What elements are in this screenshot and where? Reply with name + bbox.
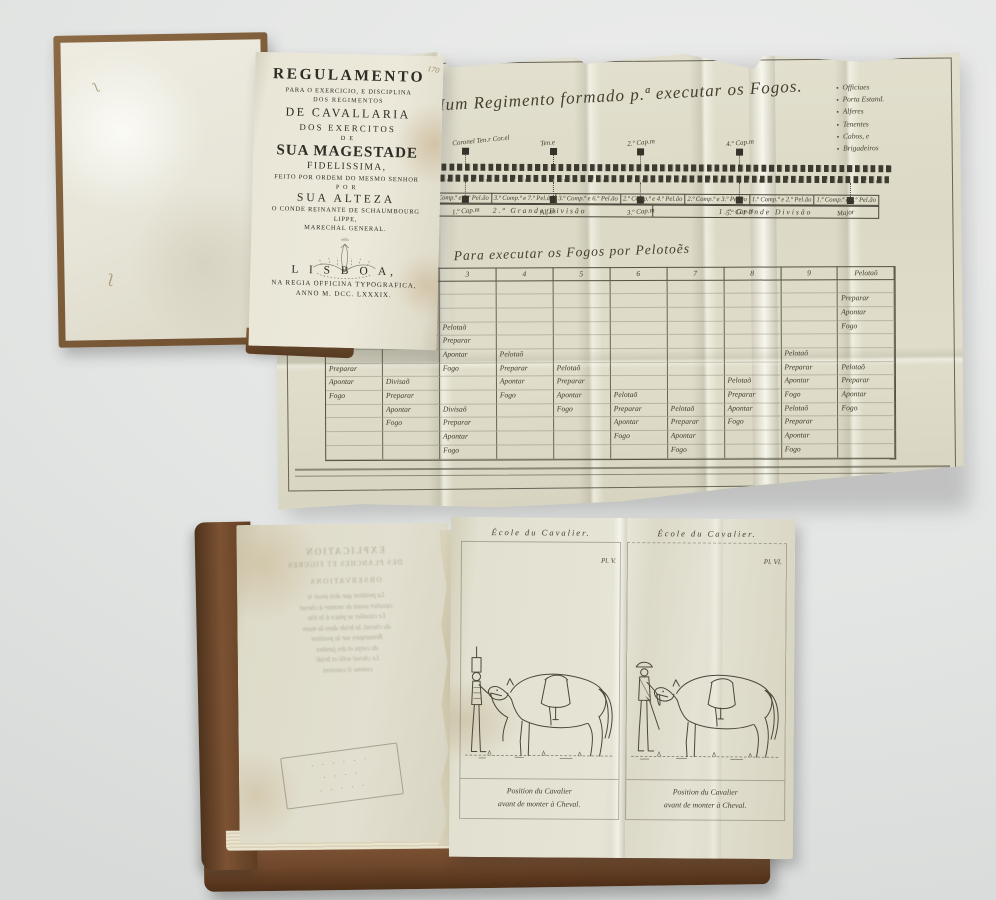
table-cell: Fogo — [782, 444, 839, 458]
table-cell: Apontar — [440, 431, 497, 445]
title-line: MARECHAL GENERAL. — [261, 223, 429, 234]
table-cell: Fogo — [326, 391, 383, 405]
table-cell — [781, 321, 838, 335]
table-cell: Preparar — [326, 363, 383, 377]
grande-division-cell: 2.ª Grande Divisão — [426, 203, 652, 217]
company-cell: 2.ª Comp.ª e 3.º Pel.ão — [684, 193, 749, 204]
table-cell — [724, 348, 781, 362]
book-cover-board: ʅ ʅ — [53, 32, 272, 348]
table-cell: Fogo — [554, 403, 611, 417]
table-cell — [611, 349, 668, 363]
table-cell: Pelotaõ — [668, 403, 725, 417]
table-header-cell: 9 — [781, 266, 838, 280]
table-cell: Pelotaõ — [838, 361, 895, 375]
title-line: REGULAMENTO — [265, 65, 433, 87]
table-cell — [553, 280, 610, 294]
table-cell — [440, 377, 497, 391]
photo-scene: Hum Regimento formado p.ª executar os Fo… — [0, 0, 996, 900]
table-cell — [724, 293, 781, 307]
table-cell — [554, 335, 611, 349]
table-cell: Preparar — [838, 293, 895, 307]
table-cell: Apontar — [383, 404, 440, 418]
table-cell — [440, 308, 497, 322]
table-cell — [668, 376, 725, 390]
table-cell — [781, 307, 838, 321]
officer-label: Coronel Ten.r Cor.el — [453, 132, 523, 147]
plate-caption: Position du Cavalier avant de monter à C… — [625, 780, 785, 821]
table-cell: Preparar — [440, 418, 497, 432]
open-cavalry-book: EXPLICATIONDES PLANCHES ET FIGURESOBSERV… — [198, 506, 798, 892]
table-cell — [781, 293, 838, 307]
table-header-cell: 8 — [724, 266, 781, 280]
table-cell — [497, 431, 554, 445]
table-cell — [667, 348, 724, 362]
show-through-text: EXPLICATIONDES PLANCHES ET FIGURESOBSERV… — [253, 543, 439, 679]
table-cell: Fogo — [497, 390, 554, 404]
table-cell: Pelotaõ — [440, 322, 497, 336]
ghost-line: comme il convient — [257, 664, 439, 676]
table-cell — [725, 444, 782, 458]
table-cell: Preparar — [440, 335, 497, 349]
table-cell: Fogo — [668, 444, 725, 458]
ink-mark: ʅ — [91, 80, 103, 97]
plate-panel-left: École du Cavalier. Pl. V. — [459, 527, 621, 828]
title-page-book: 170 REGULAMENTOPARA O EXERCICIO, E DISCI… — [248, 52, 443, 351]
plate-header: École du Cavalier. — [627, 528, 787, 539]
table-cell — [496, 294, 553, 308]
table-cell: Fogo — [725, 417, 782, 431]
table-cell — [838, 348, 895, 362]
table-cell: Divisaõ — [440, 404, 497, 418]
plate-frame: Pl. VI. — [625, 542, 787, 781]
table-cell — [554, 417, 611, 431]
company-cell: 3.ª Comp.ª e 7.º Pel.ão — [491, 192, 556, 203]
table-cell — [668, 362, 725, 376]
table-header-cell: 4 — [496, 267, 553, 281]
company-cell: 2.ª Comp.ª e 4.º Pel.ão — [620, 193, 685, 204]
table-cell — [838, 279, 895, 293]
officer-square — [638, 148, 645, 155]
table-cell: Apontar — [440, 349, 497, 363]
table-cell — [554, 431, 611, 445]
table-cell — [610, 335, 667, 349]
table-cell: Pelotaõ — [497, 349, 554, 363]
legend-item: Alferes — [836, 105, 940, 118]
table-cell — [610, 280, 667, 294]
table-cell — [724, 362, 781, 376]
division-bands: 4.ª Comp.ª e 8.º Pel.ão3.ª Comp.ª e 7.º … — [426, 192, 879, 218]
table-cell: Pelotaõ — [725, 376, 782, 390]
table-cell — [554, 321, 611, 335]
ghost-subtitle: DES PLANCHES ET FIGURES — [254, 557, 436, 570]
officer-label: 2.º Cap.m — [628, 133, 698, 148]
hussar-horse-engraving — [460, 626, 619, 777]
plate-caption: Position du Cavalier avant de monter à C… — [459, 779, 619, 820]
table-cell — [611, 444, 668, 458]
table-cell — [326, 404, 383, 418]
table-cell — [781, 334, 838, 348]
company-cell: 1.ª Comp.ª e 1.º Pel.ão — [813, 194, 879, 205]
caption-line: avant de monter à Cheval. — [460, 797, 618, 811]
table-cell — [667, 335, 724, 349]
table-cell: Preparar — [668, 417, 725, 431]
table-header-cell: 3 — [439, 267, 496, 281]
table-cell: Fogo — [383, 418, 440, 432]
leader-line — [553, 155, 554, 164]
table-cell — [667, 294, 724, 308]
plate-number: Pl. VI. — [764, 558, 782, 566]
table-cell: Apontar — [838, 307, 895, 321]
table-cell — [839, 416, 896, 430]
table-cell: Fogo — [838, 320, 895, 334]
right-page-plates: École du Cavalier. Pl. V. — [449, 517, 795, 859]
table-cell — [781, 280, 838, 294]
table-cell: Preparar — [611, 403, 668, 417]
officer-label: Ten.e — [540, 132, 610, 147]
table-cell: Pelotaõ — [781, 348, 838, 362]
table-cell — [724, 334, 781, 348]
caption-line: Position du Cavalier — [460, 784, 618, 798]
table-cell: Apontar — [838, 389, 895, 403]
table-cell: Apontar — [781, 375, 838, 389]
table-cell — [839, 430, 896, 444]
legend-item: Tenentes — [837, 117, 941, 130]
title-text-block: REGULAMENTOPARA O EXERCICIO, E DISCIPLIN… — [261, 65, 433, 234]
table-cell — [326, 432, 383, 446]
ink-mark: ʅ — [107, 270, 114, 291]
table-cell: Apontar — [725, 403, 782, 417]
table-cell: Preparar — [782, 416, 839, 430]
officer-square — [463, 148, 470, 155]
table-cell — [440, 294, 497, 308]
table-cell: Fogo — [611, 431, 668, 445]
imprint-line: ANNO M. DCC. LXXXIX. — [250, 289, 438, 301]
table-cell: Fogo — [440, 363, 497, 377]
title-line: DE CAVALLARIA — [264, 104, 432, 123]
table-cell: Pelotaõ — [554, 362, 611, 376]
table-cell — [383, 349, 440, 363]
library-stamp: · · · · · ·· · · ·· · · · · — [280, 742, 404, 809]
table-cell: Fogo — [781, 389, 838, 403]
dragoon-horse-engraving — [626, 627, 785, 778]
leader-line — [466, 155, 467, 164]
table-cell: Preparar — [383, 390, 440, 404]
table-cell — [724, 280, 781, 294]
table-cell — [497, 404, 554, 418]
table-cell — [724, 321, 781, 335]
plate-number: Pl. V. — [601, 557, 616, 565]
table-cell — [383, 445, 440, 459]
table-cell — [611, 376, 668, 390]
table-cell — [440, 390, 497, 404]
title-page: 170 REGULAMENTOPARA O EXERCICIO, E DISCI… — [249, 52, 444, 330]
company-cell: 1.ª Comp.ª e 2.º Pel.ão — [749, 194, 814, 205]
table-cell — [611, 362, 668, 376]
table-cell — [553, 308, 610, 322]
table-cell — [668, 389, 725, 403]
table-cell — [497, 308, 554, 322]
caption-line: avant de monter à Cheval. — [626, 798, 784, 812]
table-header-cell: Pelotaõ — [838, 266, 895, 280]
table-cell — [725, 430, 782, 444]
table-cell — [497, 335, 554, 349]
table-cell — [497, 417, 554, 431]
table-cell — [554, 445, 611, 459]
table-cell — [667, 280, 724, 294]
leader-line — [641, 155, 642, 164]
table-cell — [554, 349, 611, 363]
table-header-cell: 7 — [667, 266, 724, 280]
table-cell: Apontar — [497, 376, 554, 390]
endpaper: ʅ ʅ — [60, 39, 265, 340]
table-cell — [383, 363, 440, 377]
table-cell — [610, 321, 667, 335]
grande-division-cell: 1.ª Grande Divisão — [652, 204, 879, 218]
legend-item: Officiaes — [836, 80, 940, 93]
plate-panel-right: École du Cavalier. Pl. VI. — [625, 528, 787, 829]
table-cell — [610, 308, 667, 322]
table-cell: Pelotaõ — [782, 403, 839, 417]
plate-frame: Pl. V. — [459, 541, 621, 780]
table-cell — [610, 294, 667, 308]
table-cell — [553, 294, 610, 308]
legend-item: Porta Estand. — [836, 93, 940, 106]
imprint-line: L I S B O A, — [250, 263, 438, 280]
table-cell: Fogo — [838, 402, 895, 416]
table-cell: Apontar — [668, 430, 725, 444]
table-cell: Divisaõ — [383, 377, 440, 391]
officer-square — [550, 148, 557, 155]
table-cell — [439, 281, 496, 295]
table-cell: Apontar — [554, 390, 611, 404]
table-cell — [838, 334, 895, 348]
table-cell — [326, 418, 383, 432]
table-cell — [839, 444, 896, 458]
imprint-block: L I S B O A,NA REGIA OFFICINA TYPOGRAFIC… — [250, 263, 439, 304]
officer-label: 4.º Cap.m — [727, 133, 797, 148]
table-cell — [383, 431, 440, 445]
table-cell — [496, 281, 553, 295]
table-cell — [326, 445, 383, 459]
left-page: EXPLICATIONDES PLANCHES ET FIGURESOBSERV… — [236, 523, 451, 843]
ghost-title: EXPLICATION — [253, 543, 435, 558]
table-cell — [724, 307, 781, 321]
table-cell — [497, 445, 554, 459]
table-header-cell: 5 — [553, 267, 610, 281]
table-cell — [667, 321, 724, 335]
officer-square — [737, 148, 744, 155]
table-cell: Preparar — [838, 375, 895, 389]
table-header-cell: 6 — [610, 266, 667, 280]
caption-line: Position du Cavalier — [626, 785, 784, 799]
table-cell: Preparar — [725, 389, 782, 403]
table-cell: Preparar — [554, 376, 611, 390]
ghost-heading: OBSERVATIONS — [254, 573, 436, 587]
leader-line — [740, 155, 741, 164]
plate-header: École du Cavalier. — [461, 527, 621, 538]
company-cell: 3.ª Comp.ª e 6.º Pel.ão — [555, 193, 620, 204]
table-cell: Preparar — [781, 362, 838, 376]
table-cell: Apontar — [782, 430, 839, 444]
table-cell — [497, 322, 554, 336]
table-cell — [667, 307, 724, 321]
table-cell: Apontar — [611, 417, 668, 431]
table-cell: Pelotaõ — [611, 390, 668, 404]
table-cell: Preparar — [497, 363, 554, 377]
grande-division-row: 2.ª Grande Divisão1.ª Grande Divisão — [426, 203, 879, 218]
table-cell: Fogo — [440, 445, 497, 459]
table-cell: Apontar — [326, 377, 383, 391]
